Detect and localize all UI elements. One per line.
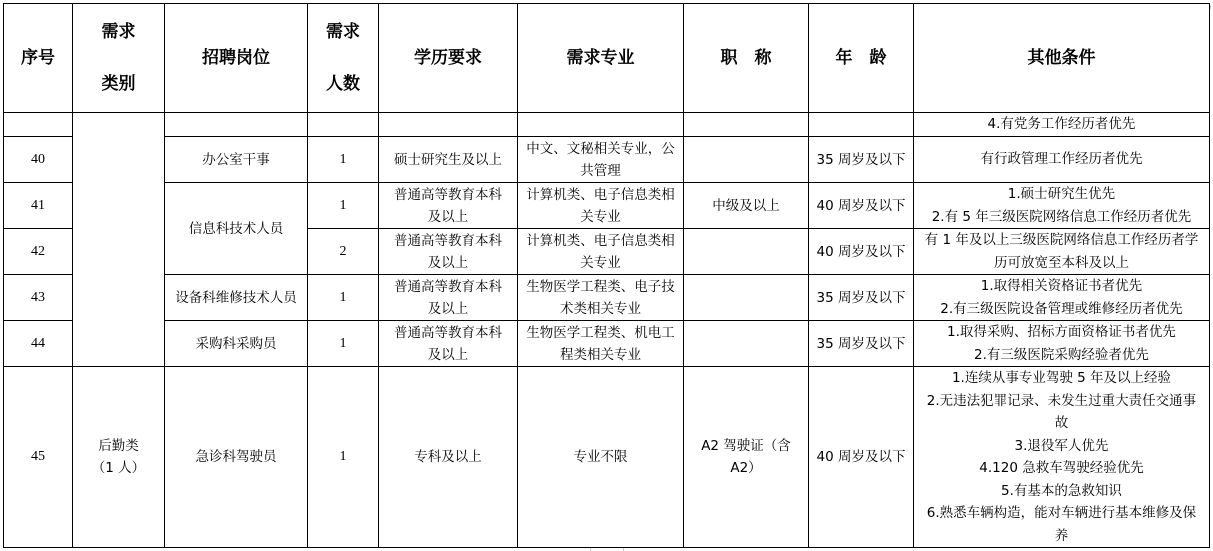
header-position: 招聘岗位 <box>165 4 308 113</box>
title-line: A2 驾驶证（含 <box>684 435 808 457</box>
cell-count: 1 <box>308 321 379 367</box>
page-corner-mark <box>1210 5 1211 9</box>
header-count-line1: 需求 <box>308 6 378 58</box>
cell-age: 35 周岁及以下 <box>809 137 914 183</box>
header-seq: 序号 <box>4 4 73 113</box>
other-line: 故 <box>914 412 1209 435</box>
header-other: 其他条件 <box>914 4 1210 113</box>
table-row: 40 办公室干事 1 硕士研究生及以上 中文、文秘相关专业，公 共管理 35 周… <box>4 137 1210 183</box>
cell-seq: 42 <box>4 229 73 275</box>
major-line: 程类相关专业 <box>518 344 683 366</box>
education-line: 硕士研究生及以上 <box>379 149 517 171</box>
cell-position-merged: 信息科技术人员 <box>165 183 308 275</box>
cell-position: 办公室干事 <box>165 137 308 183</box>
cell-seq: 41 <box>4 183 73 229</box>
education-line: 及以上 <box>379 206 517 228</box>
cell-age: 40 周岁及以下 <box>809 229 914 275</box>
cell-age: 35 周岁及以下 <box>809 321 914 367</box>
cell-position: 急诊科驾驶员 <box>165 367 308 548</box>
table-row: 43 设备科维修技术人员 1 普通高等教育本科 及以上 生物医学工程类、电子技 … <box>4 275 1210 321</box>
cell-major: 专业不限 <box>518 367 684 548</box>
education-line: 及以上 <box>379 298 517 320</box>
other-line: 1.取得相关资格证书者优先 <box>914 275 1209 298</box>
cell-other: 1.取得采购、招标方面资格证书者优先 2.有三级医院采购经验者优先 <box>914 321 1210 367</box>
header-age: 年 龄 <box>809 4 914 113</box>
cell-education: 硕士研究生及以上 <box>379 137 518 183</box>
header-category-line1: 需求 <box>73 6 164 58</box>
major-line: 计算机类、电子信息类相 <box>518 184 683 206</box>
cell-education: 普通高等教育本科 及以上 <box>379 275 518 321</box>
header-count: 需求 人数 <box>308 4 379 113</box>
header-title: 职 称 <box>684 4 809 113</box>
category-line: 后勤类 <box>73 435 164 457</box>
header-count-line2: 人数 <box>308 58 378 110</box>
other-line: 2.有三级医院设备管理或维修经历者优先 <box>914 298 1209 321</box>
cell-count: 2 <box>308 229 379 275</box>
education-line: 普通高等教育本科 <box>379 230 517 252</box>
header-category-line2: 类别 <box>73 58 164 110</box>
other-line: 4.120 急救车驾驶经验优先 <box>914 457 1209 480</box>
major-line: 关专业 <box>518 206 683 228</box>
major-line: 术类相关专业 <box>518 298 683 320</box>
other-line: 6.熟悉车辆构造，能对车辆进行基本维修及保 <box>914 502 1209 525</box>
cell-seq: 43 <box>4 275 73 321</box>
table-row: 44 采购科采购员 1 普通高等教育本科 及以上 生物医学工程类、机电工 程类相… <box>4 321 1210 367</box>
major-line: 生物医学工程类、电子技 <box>518 276 683 298</box>
cell-title <box>684 321 809 367</box>
cell-other: 4.有党务工作经历者优先 <box>914 113 1210 137</box>
header-category: 需求 类别 <box>73 4 165 113</box>
cell-education: 普通高等教育本科 及以上 <box>379 321 518 367</box>
cell-seq: 40 <box>4 137 73 183</box>
cell-seq: 44 <box>4 321 73 367</box>
cell-category: 后勤类 （1 人） <box>73 367 165 548</box>
cell-title <box>684 229 809 275</box>
education-line: 普通高等教育本科 <box>379 322 517 344</box>
header-major: 需求专业 <box>518 4 684 113</box>
cell-count <box>308 113 379 137</box>
other-line: 有行政管理工作经历者优先 <box>914 148 1209 171</box>
cell-seq: 45 <box>4 367 73 548</box>
cell-seq <box>4 113 73 137</box>
major-line: 共管理 <box>518 160 683 182</box>
cell-count: 1 <box>308 367 379 548</box>
education-line: 普通高等教育本科 <box>379 184 517 206</box>
category-line: （1 人） <box>73 457 164 479</box>
document-page: 序号 需求 类别 招聘岗位 需求 人数 学历要求 需求专业 职 称 年 龄 其他… <box>0 0 1213 551</box>
cell-education <box>379 113 518 137</box>
cell-other: 1.连续从事专业驾驶 5 年及以上经验 2.无违法犯罪记录、未发生过重大责任交通… <box>914 367 1210 548</box>
education-line: 专科及以上 <box>379 446 517 468</box>
cell-other: 1.硕士研究生优先 2.有 5 年三级医院网络信息工作经历者优先 <box>914 183 1210 229</box>
cell-count: 1 <box>308 275 379 321</box>
cell-title <box>684 113 809 137</box>
major-line: 计算机类、电子信息类相 <box>518 230 683 252</box>
other-line: 1.连续从事专业驾驶 5 年及以上经验 <box>914 367 1209 390</box>
cell-other: 有 1 年及以上三级医院网络信息工作经历者学 历可放宽至本科及以上 <box>914 229 1210 275</box>
cell-category-merged <box>73 113 165 367</box>
title-line: A2） <box>684 457 808 479</box>
other-line: 有 1 年及以上三级医院网络信息工作经历者学 <box>914 229 1209 252</box>
cell-age: 40 周岁及以下 <box>809 367 914 548</box>
education-line: 及以上 <box>379 252 517 274</box>
header-row: 序号 需求 类别 招聘岗位 需求 人数 学历要求 需求专业 职 称 年 龄 其他… <box>4 4 1210 113</box>
education-line: 普通高等教育本科 <box>379 276 517 298</box>
other-line: 1.取得采购、招标方面资格证书者优先 <box>914 321 1209 344</box>
cell-count: 1 <box>308 137 379 183</box>
cell-age <box>809 113 914 137</box>
header-education: 学历要求 <box>379 4 518 113</box>
major-line: 关专业 <box>518 252 683 274</box>
other-line: 历可放宽至本科及以上 <box>914 252 1209 275</box>
cell-other: 有行政管理工作经历者优先 <box>914 137 1210 183</box>
other-line: 2.有 5 年三级医院网络信息工作经历者优先 <box>914 206 1209 229</box>
other-line: 4.有党务工作经历者优先 <box>914 113 1209 136</box>
other-line: 5.有基本的急救知识 <box>914 480 1209 503</box>
other-line: 2.无违法犯罪记录、未发生过重大责任交通事 <box>914 390 1209 413</box>
cell-title <box>684 137 809 183</box>
other-line: 1.硕士研究生优先 <box>914 183 1209 206</box>
major-line: 中文、文秘相关专业，公 <box>518 138 683 160</box>
cell-major: 计算机类、电子信息类相 关专业 <box>518 183 684 229</box>
cell-major: 生物医学工程类、机电工 程类相关专业 <box>518 321 684 367</box>
cell-count: 1 <box>308 183 379 229</box>
cell-title: A2 驾驶证（含 A2） <box>684 367 809 548</box>
cell-position <box>165 113 308 137</box>
cell-age: 35 周岁及以下 <box>809 275 914 321</box>
continuation-row: 4.有党务工作经历者优先 <box>4 113 1210 137</box>
cell-other: 1.取得相关资格证书者优先 2.有三级医院设备管理或维修经历者优先 <box>914 275 1210 321</box>
cell-education: 普通高等教育本科 及以上 <box>379 229 518 275</box>
other-line: 3.退役军人优先 <box>914 435 1209 458</box>
cell-major: 中文、文秘相关专业，公 共管理 <box>518 137 684 183</box>
cell-education: 普通高等教育本科 及以上 <box>379 183 518 229</box>
education-line: 及以上 <box>379 344 517 366</box>
cell-title <box>684 275 809 321</box>
other-line: 养 <box>914 525 1209 548</box>
table-row: 45 后勤类 （1 人） 急诊科驾驶员 1 专科及以上 专业不限 A2 驾驶证（… <box>4 367 1210 548</box>
cell-major: 计算机类、电子信息类相 关专业 <box>518 229 684 275</box>
cell-major <box>518 113 684 137</box>
cell-title: 中级及以上 <box>684 183 809 229</box>
cell-position: 设备科维修技术人员 <box>165 275 308 321</box>
cell-major: 生物医学工程类、电子技 术类相关专业 <box>518 275 684 321</box>
cell-position: 采购科采购员 <box>165 321 308 367</box>
other-line: 2.有三级医院采购经验者优先 <box>914 344 1209 367</box>
cell-education: 专科及以上 <box>379 367 518 548</box>
major-line: 专业不限 <box>518 446 683 468</box>
recruitment-table: 序号 需求 类别 招聘岗位 需求 人数 学历要求 需求专业 职 称 年 龄 其他… <box>3 3 1210 548</box>
table-row: 41 信息科技术人员 1 普通高等教育本科 及以上 计算机类、电子信息类相 关专… <box>4 183 1210 229</box>
major-line: 生物医学工程类、机电工 <box>518 322 683 344</box>
cell-age: 40 周岁及以下 <box>809 183 914 229</box>
